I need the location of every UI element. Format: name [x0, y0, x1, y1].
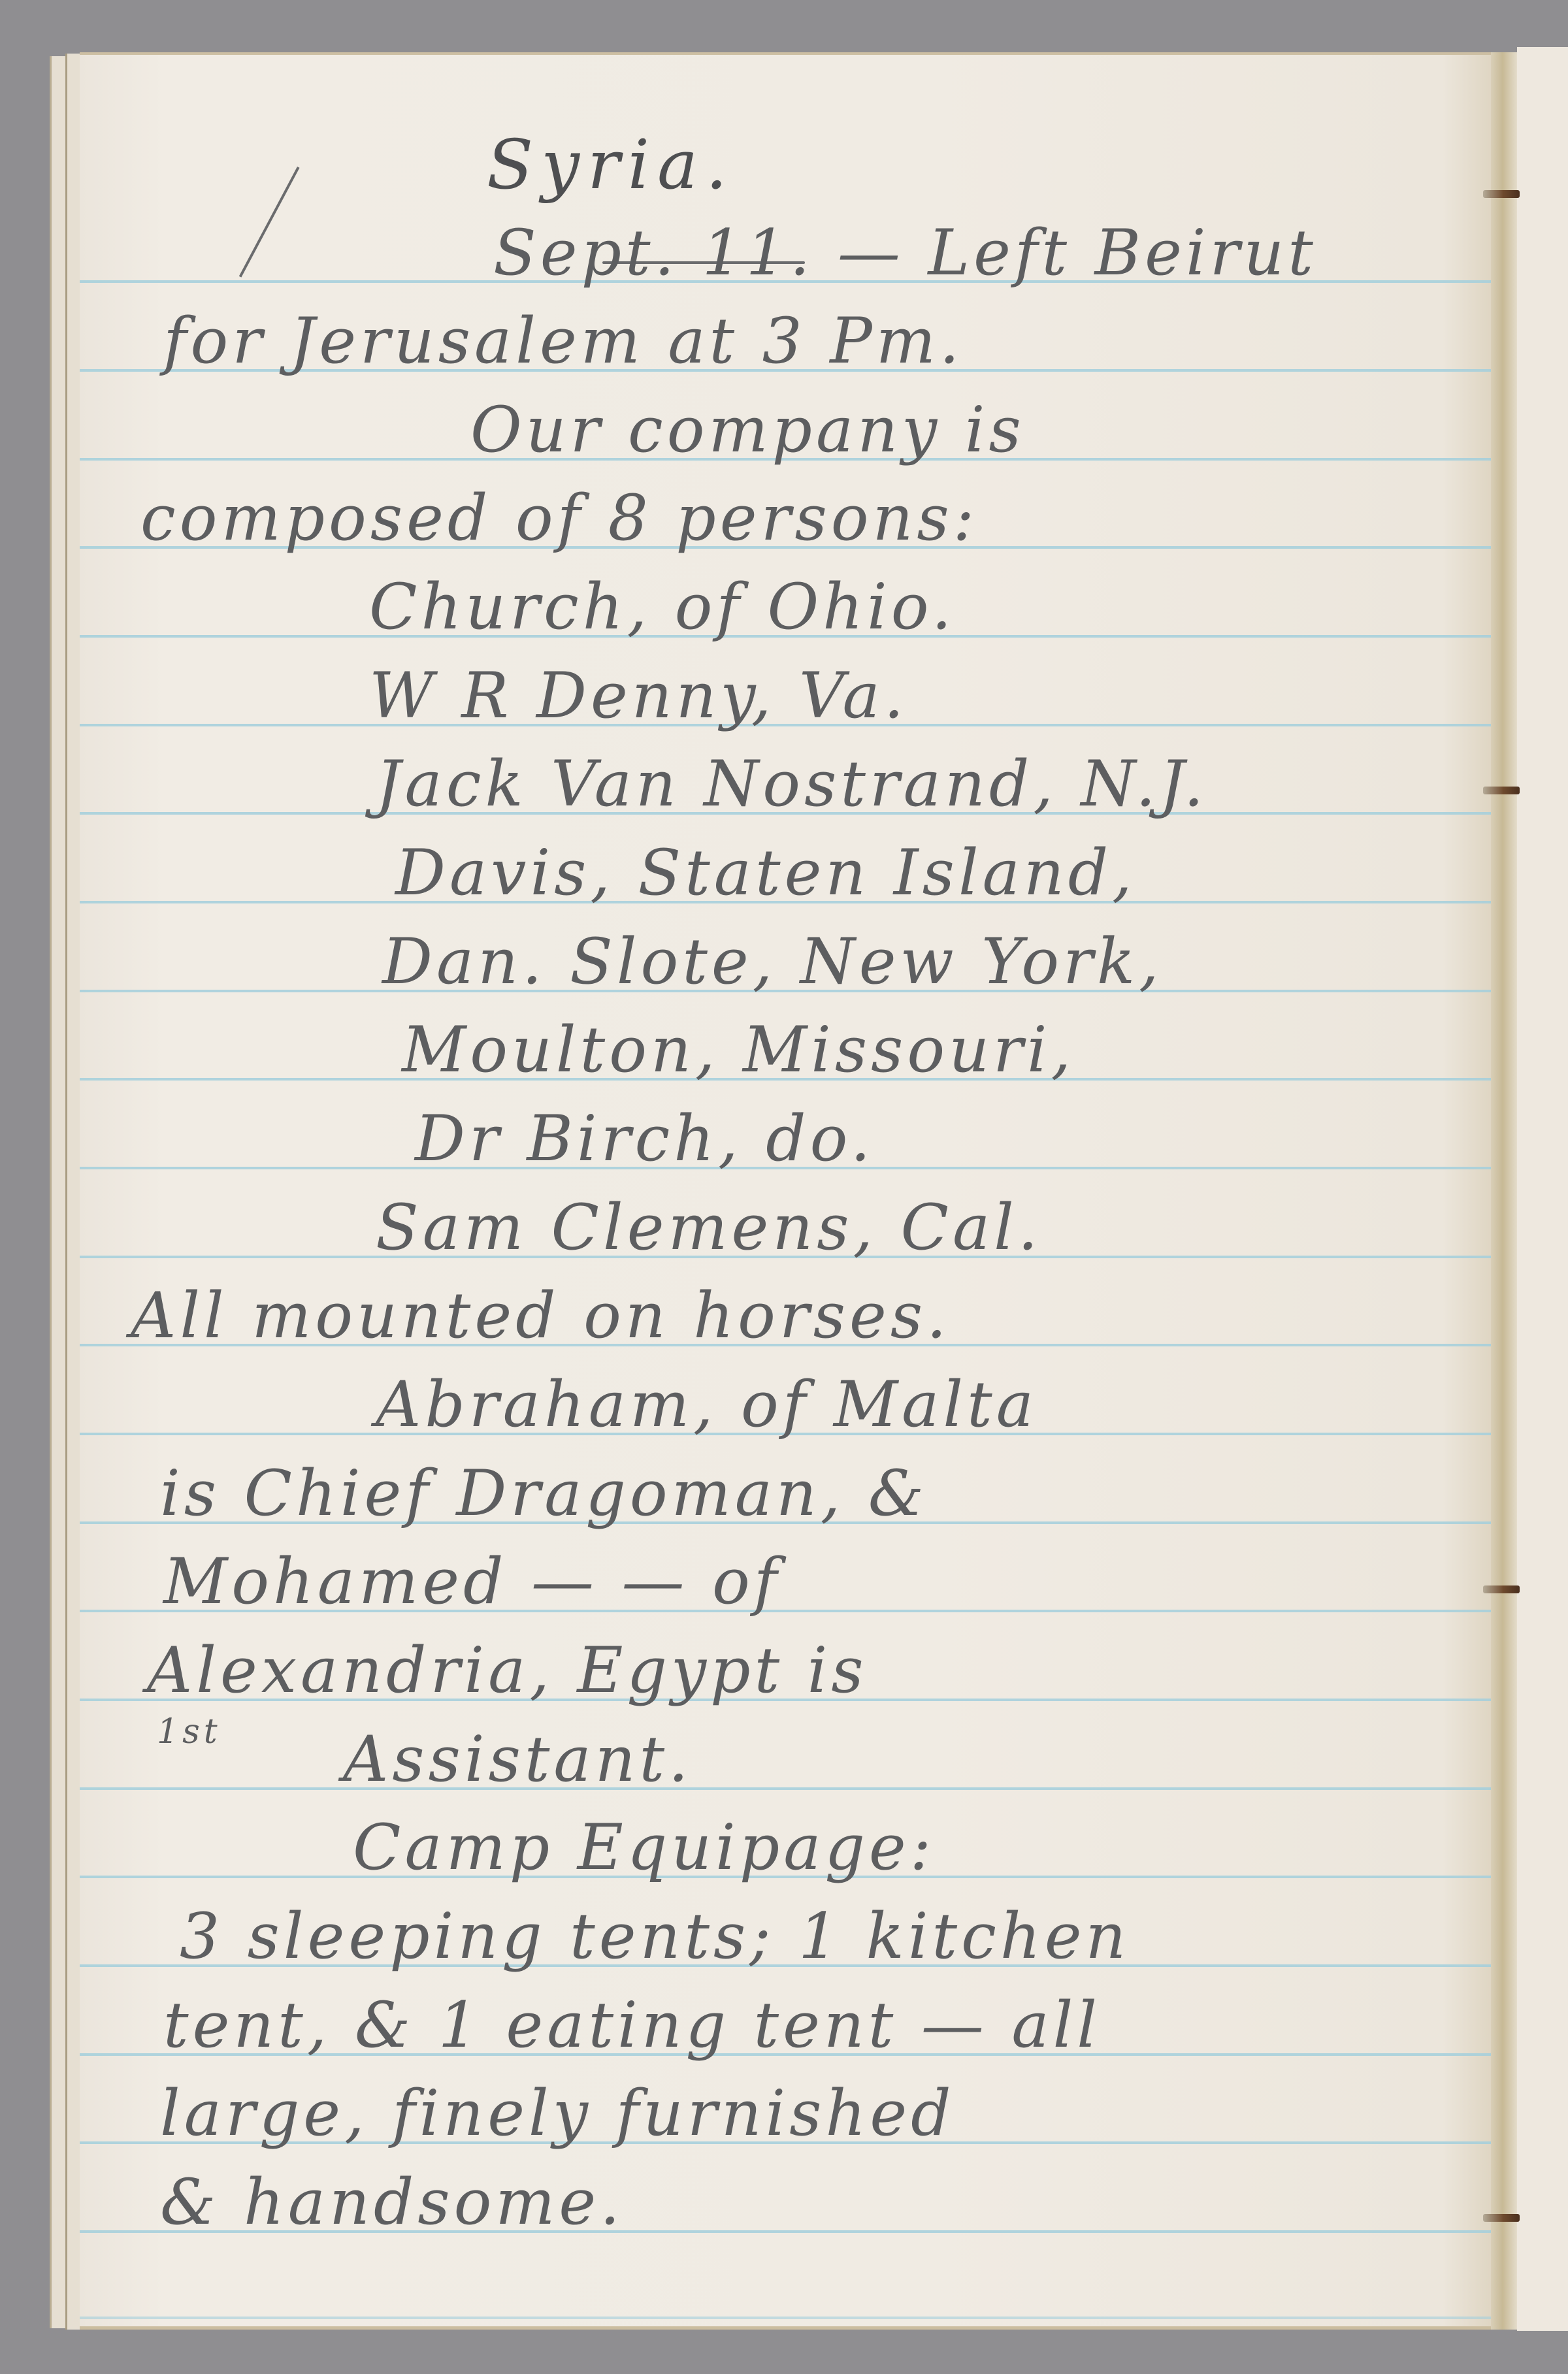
- text-line-3: Our company is: [470, 398, 1025, 461]
- text-line-22: large, finely furnished: [160, 2082, 955, 2145]
- binding-gutter: [1491, 52, 1517, 2330]
- text-line-6: W R Denny, Va.: [369, 664, 907, 727]
- text-line-13: All mounted on horses.: [131, 1284, 951, 1347]
- text-line-9: Dan. Slote, New York,: [382, 930, 1163, 993]
- staple: [1483, 190, 1520, 198]
- text-line-21: tent, & 1 eating tent — all: [163, 1994, 1101, 2057]
- text-line-18: Assistant.: [343, 1728, 693, 1791]
- text-line-14: Abraham, of Malta: [376, 1373, 1037, 1436]
- staple: [1483, 2214, 1520, 2222]
- page-heading: Syria.: [487, 131, 735, 199]
- text-line-23: & handsome.: [160, 2171, 624, 2234]
- text-line-5: Church, of Ohio.: [369, 576, 955, 638]
- text-line-15: is Chief Dragoman, &: [160, 1462, 928, 1525]
- text-line-1: Sept. 11. — Left Beirut: [493, 221, 1317, 284]
- text-line-17: Alexandria, Egypt is: [147, 1639, 868, 1702]
- text-line-19: Camp Equipage:: [353, 1816, 935, 1879]
- text-line-12: Sam Clemens, Cal.: [376, 1196, 1041, 1259]
- text-line-20: 3 sleeping tents; 1 kitchen: [180, 1905, 1130, 1968]
- text-line-16: Mohamed — — of: [163, 1550, 781, 1613]
- text-line-11: Dr Birch, do.: [415, 1107, 874, 1170]
- text-line-7: Jack Van Nostrand, N.J.: [376, 753, 1207, 815]
- text-line-10: Moulton, Missouri,: [402, 1018, 1075, 1081]
- text-line-2: for Jerusalem at 3 Pm.: [163, 310, 963, 372]
- ordinal-prefix: 1st: [157, 1715, 221, 1749]
- facing-page-edge: [1517, 47, 1568, 2331]
- text-line-8: Davis, Staten Island,: [395, 841, 1136, 904]
- rule-line-bottom: [80, 2317, 1499, 2319]
- rule-line: [80, 1787, 1499, 1790]
- text-line-4: composed of 8 persons:: [140, 487, 978, 549]
- staple: [1483, 787, 1520, 794]
- staple: [1483, 1585, 1520, 1593]
